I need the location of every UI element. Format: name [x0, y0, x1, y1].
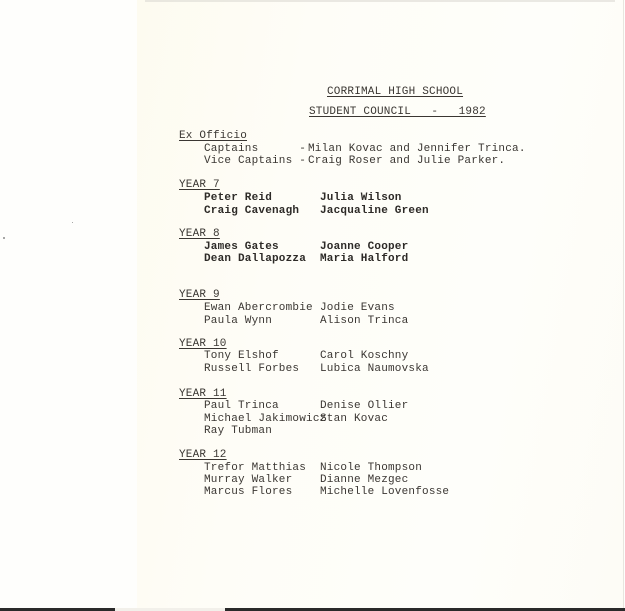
year-9-name: Alison Trinca: [320, 315, 408, 327]
year-12-name: Michelle Lovenfosse: [320, 486, 449, 498]
year-11-name: Ray Tubman: [204, 425, 272, 437]
year-12-name: Marcus Flores: [204, 486, 292, 498]
year-10-name: Lubica Naumovska: [320, 363, 429, 375]
year-7-name: Craig Cavenagh: [204, 205, 299, 217]
year-12-name: Dianne Mezgec: [320, 474, 408, 486]
captains-names: Milan Kovac and Jennifer Trinca.: [308, 143, 526, 155]
year-7-name: Peter Reid: [204, 192, 272, 204]
year-10-name: Carol Koschny: [320, 350, 408, 362]
vice-captains-names: Craig Roser and Julie Parker.: [308, 155, 505, 167]
year-7-name: Julia Wilson: [320, 192, 402, 204]
year-12-name: Trefor Matthias: [204, 462, 306, 474]
year-9-heading: YEAR 9: [179, 289, 220, 301]
year-11-name: Stan Kovac: [320, 413, 388, 425]
year-8-name: Dean Dallapozza: [204, 253, 306, 265]
year-7-heading: YEAR 7: [179, 179, 220, 191]
year-11-name: Paul Trinca: [204, 400, 279, 412]
student-council-document: CORRIMAL HIGH SCHOOL STUDENT COUNCIL - 1…: [0, 0, 625, 611]
year-12-heading: YEAR 12: [179, 449, 227, 461]
year-8-name: Joanne Cooper: [320, 241, 408, 253]
council-title: STUDENT COUNCIL - 1982: [309, 106, 486, 118]
year-10-name: Russell Forbes: [204, 363, 299, 375]
year-9-name: Ewan Abercrombie: [204, 302, 313, 314]
year-8-name: Maria Halford: [320, 253, 408, 265]
year-11-name: Michael Jakimowicz: [204, 413, 326, 425]
year-7-name: Jacqualine Green: [320, 205, 429, 217]
year-10-name: Tony Elshof: [204, 350, 279, 362]
year-10-heading: YEAR 10: [179, 338, 227, 350]
year-12-name: Murray Walker: [204, 474, 292, 486]
year-8-name: James Gates: [204, 241, 279, 253]
year-11-heading: YEAR 11: [179, 388, 227, 400]
vice-captains-label: Vice Captains -: [204, 155, 306, 167]
ex-officio-heading: Ex Officio: [179, 130, 247, 142]
year-12-name: Nicole Thompson: [320, 462, 422, 474]
school-title: CORRIMAL HIGH SCHOOL: [327, 86, 463, 98]
year-9-name: Jodie Evans: [320, 302, 395, 314]
year-9-name: Paula Wynn: [204, 315, 272, 327]
captains-label: Captains -: [204, 143, 306, 155]
year-8-heading: YEAR 8: [179, 228, 220, 240]
year-11-name: Denise Ollier: [320, 400, 408, 412]
